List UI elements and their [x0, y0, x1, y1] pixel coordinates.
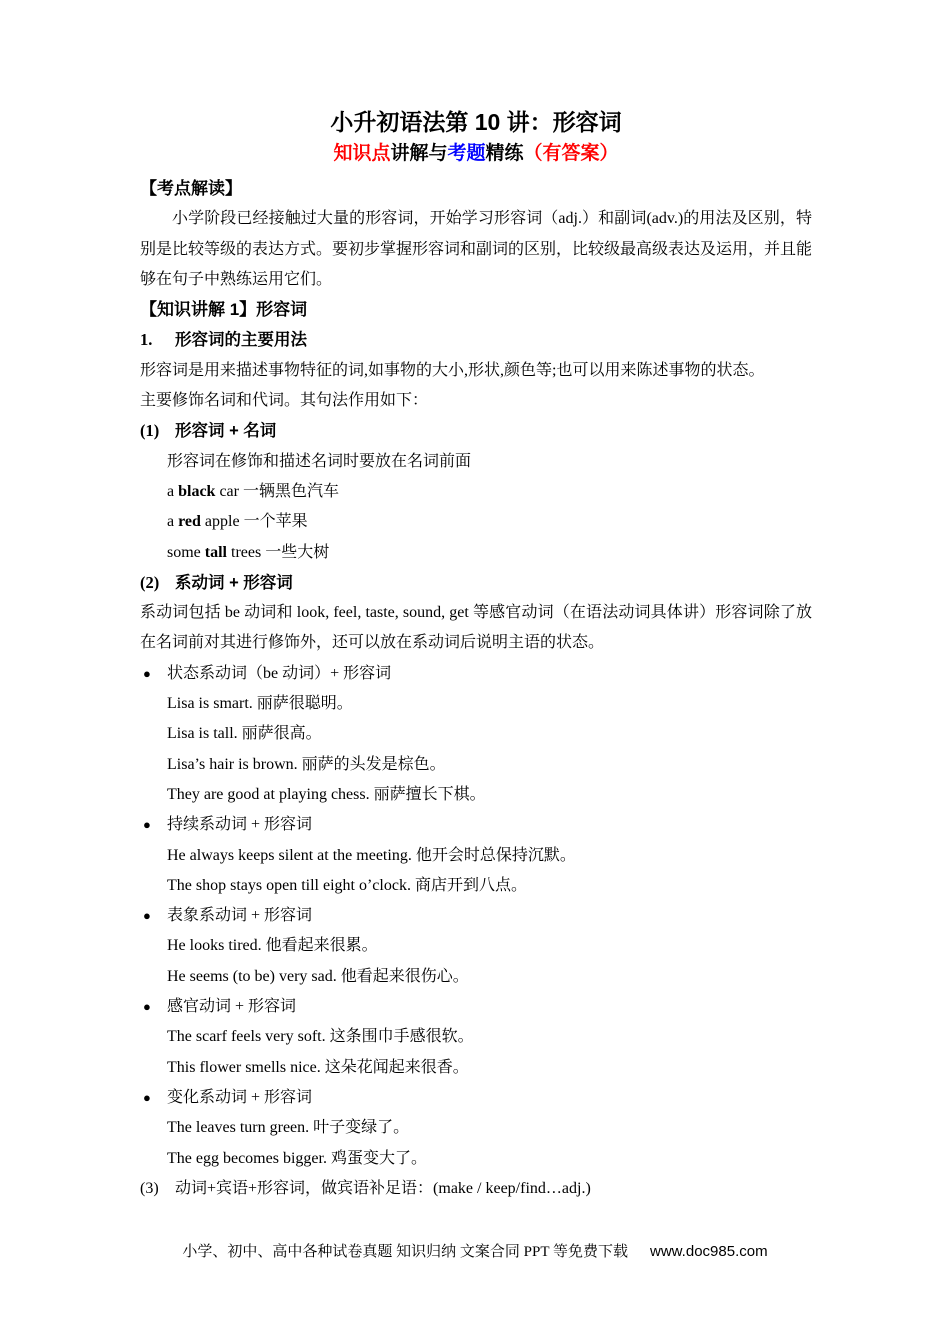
example-line: a red apple 一个苹果	[140, 507, 812, 537]
usage-title: 形容词的主要用法	[175, 325, 307, 355]
item2-note: 系动词包括 be 动词和 look, feel, taste, sound, g…	[140, 598, 812, 659]
group-label: 感官动词 + 形容词	[167, 992, 296, 1022]
example-pre: a	[167, 513, 178, 530]
usage-number: 1.	[140, 325, 175, 355]
subtitle-part-exam: 考题	[447, 143, 485, 164]
heading-exam-points: 【考点解读】	[140, 174, 812, 204]
bullet-group-label: ● 表象系动词 + 形容词	[140, 901, 812, 931]
bullet-icon: ●	[143, 901, 167, 931]
item1-number: (1)	[140, 416, 175, 446]
item3-number: (3)	[140, 1174, 175, 1204]
example-line: some tall trees 一些大树	[140, 538, 812, 568]
item3-line: (3) 动词+宾语+形容词，做宾语补足语：(make / keep/find…a…	[140, 1174, 812, 1204]
bullet-icon: ●	[143, 992, 167, 1022]
example-post: trees 一些大树	[227, 544, 329, 561]
bullet-group-label: ● 状态系动词（be 动词）+ 形容词	[140, 659, 812, 689]
bullet-group-label: ● 变化系动词 + 形容词	[140, 1083, 812, 1113]
item2-heading: (2) 系动词 + 形容词	[140, 568, 812, 598]
example-sentence: The shop stays open till eight o’clock. …	[140, 871, 812, 901]
example-sentence: Lisa’s hair is brown. 丽萨的头发是棕色。	[140, 750, 812, 780]
usage-intro-2: 主要修饰名词和代词。其句法作用如下：	[140, 386, 812, 416]
page-subtitle: 知识点讲解与考题精练（有答案）	[140, 140, 812, 168]
group-label: 状态系动词（be 动词）+ 形容词	[167, 659, 391, 689]
subtitle-part-explain: 讲解与	[390, 143, 447, 164]
example-sentence: He always keeps silent at the meeting. 他…	[140, 841, 812, 871]
example-sentence: The leaves turn green. 叶子变绿了。	[140, 1113, 812, 1143]
item1-title: 形容词 + 名词	[175, 416, 276, 446]
item3-text: 动词+宾语+形容词，做宾语补足语：(make / keep/find…adj.)	[175, 1174, 591, 1204]
example-pre: a	[167, 483, 178, 500]
bullet-icon: ●	[143, 659, 167, 689]
item1-note: 形容词在修饰和描述名词时要放在名词前面	[140, 447, 812, 477]
document-page: 小升初语法第 10 讲：形容词 知识点讲解与考题精练（有答案） 【考点解读】 小…	[0, 0, 950, 1344]
example-sentence: Lisa is tall. 丽萨很高。	[140, 719, 812, 749]
footer-url: www.doc985.com	[650, 1243, 768, 1260]
bullet-icon: ●	[143, 810, 167, 840]
item2-title: 系动词 + 形容词	[175, 568, 293, 598]
example-pre: some	[167, 544, 205, 561]
footer-text: 小学、初中、高中各种试卷真题 知识归纳 文案合同 PPT 等免费下载	[182, 1244, 628, 1260]
page-title: 小升初语法第 10 讲：形容词	[140, 106, 812, 138]
example-post: car 一辆黑色汽车	[215, 483, 339, 500]
exam-points-paragraph: 小学阶段已经接触过大量的形容词，开始学习形容词（adj.）和副词(adv.)的用…	[140, 204, 812, 295]
bullet-icon: ●	[143, 1083, 167, 1113]
example-sentence: The scarf feels very soft. 这条围巾手感很软。	[140, 1022, 812, 1052]
example-bold-word: black	[178, 483, 215, 500]
bullet-group-label: ● 感官动词 + 形容词	[140, 992, 812, 1022]
bullet-group-label: ● 持续系动词 + 形容词	[140, 810, 812, 840]
usage-heading: 1. 形容词的主要用法	[140, 325, 812, 355]
example-sentence: They are good at playing chess. 丽萨擅长下棋。	[140, 780, 812, 810]
example-sentence: Lisa is smart. 丽萨很聪明。	[140, 689, 812, 719]
subtitle-part-practice: 精练	[486, 143, 524, 164]
group-label: 表象系动词 + 形容词	[167, 901, 312, 931]
example-bold-word: red	[178, 513, 201, 530]
example-sentence: This flower smells nice. 这朵花闻起来很香。	[140, 1053, 812, 1083]
page-footer: 小学、初中、高中各种试卷真题 知识归纳 文案合同 PPT 等免费下载www.do…	[0, 1240, 950, 1264]
group-label: 持续系动词 + 形容词	[167, 810, 312, 840]
example-sentence: He seems (to be) very sad. 他看起来很伤心。	[140, 962, 812, 992]
example-sentence: He looks tired. 他看起来很累。	[140, 931, 812, 961]
usage-intro-1: 形容词是用来描述事物特征的词,如事物的大小,形状,颜色等;也可以用来陈述事物的状…	[140, 356, 812, 386]
item1-heading: (1) 形容词 + 名词	[140, 416, 812, 446]
example-line: a black car 一辆黑色汽车	[140, 477, 812, 507]
example-sentence: The egg becomes bigger. 鸡蛋变大了。	[140, 1144, 812, 1174]
example-post: apple 一个苹果	[201, 513, 308, 530]
item2-number: (2)	[140, 568, 175, 598]
subtitle-part-answers: （有答案）	[524, 143, 619, 164]
group-label: 变化系动词 + 形容词	[167, 1083, 312, 1113]
subtitle-part-knowledge: 知识点	[333, 143, 390, 164]
example-bold-word: tall	[205, 544, 227, 561]
heading-knowledge-1: 【知识讲解 1】形容词	[140, 295, 812, 325]
